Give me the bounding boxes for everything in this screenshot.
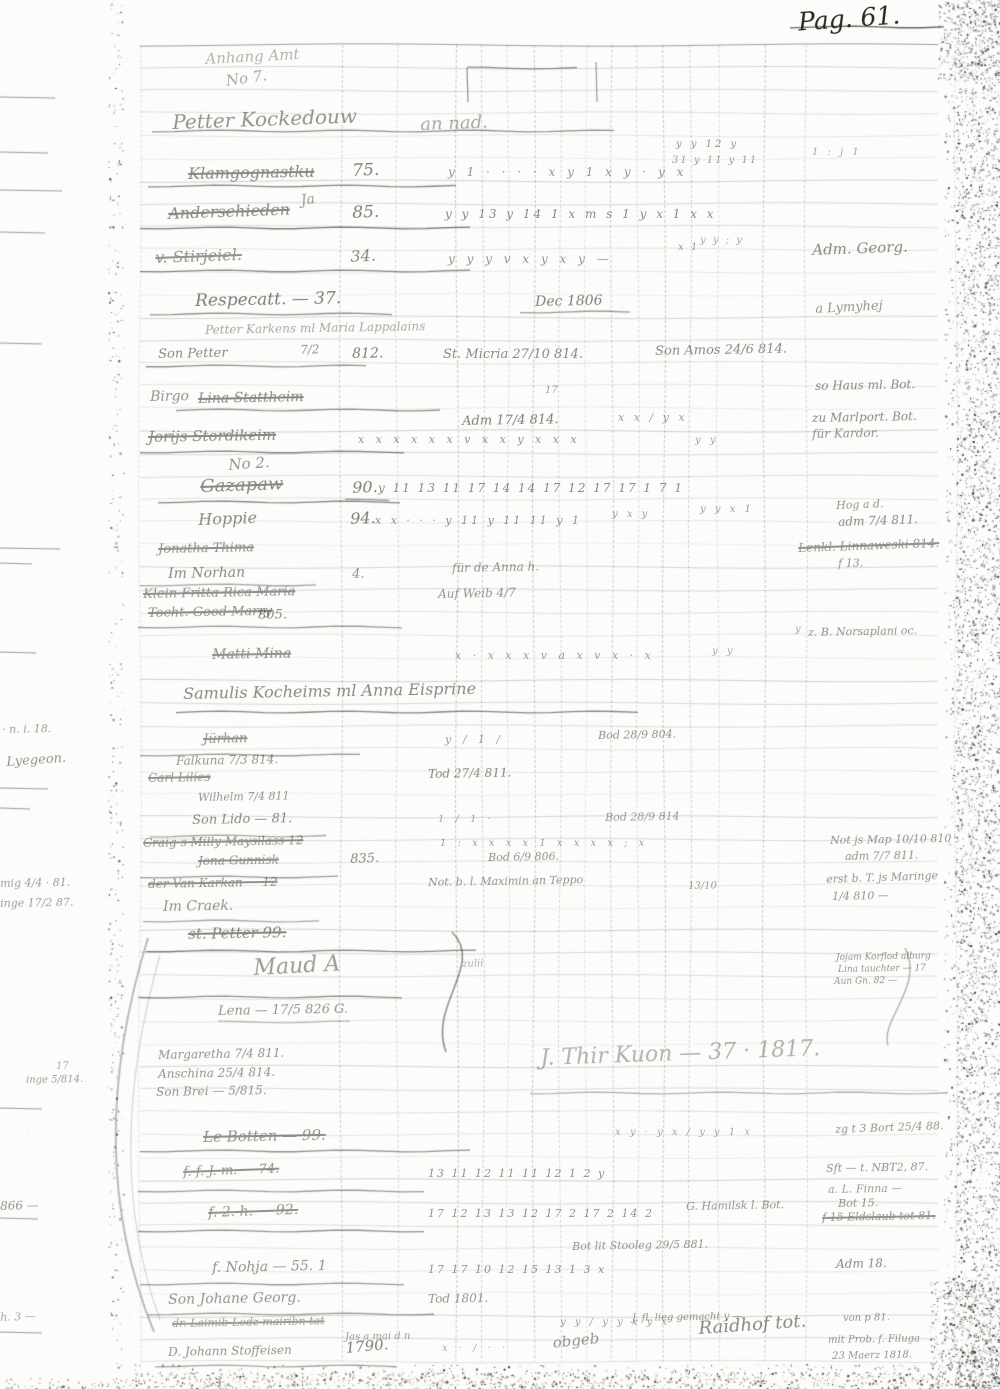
handwritten-line: Not js Map 10/10 810 [830,833,951,846]
handwritten-line: 17 [56,1062,69,1072]
handwritten-line: D. Johann Stoffeisen [168,1344,292,1358]
handwritten-line: 90. [352,479,378,496]
handwritten-line: Klein Fritta Rica Maria [143,585,295,601]
handwritten-line: mig 4/4 · 81. [0,877,70,889]
handwritten-line: 75. [352,162,380,180]
handwritten-line: Son Lido — 81. [192,812,292,827]
tick-marks: y y [695,436,718,446]
handwritten-line: Bot 15. [838,1197,878,1209]
handwritten-line: Lyegeon. [6,752,67,769]
handwritten-line: No 2. [228,455,270,473]
tick-marks: 1 : j 1 [812,148,862,158]
handwritten-line: Bod 28/9 814 [605,811,680,823]
tick-marks: y y x 1 [700,505,754,515]
scanned-ledger-page: Pag. 61. Anhang AmtNo 7.Petter Kockedouw… [0,0,1000,1389]
handwritten-line: f 13. [838,558,863,569]
tick-marks: y y 12 y [676,140,739,150]
handwritten-line: y [795,625,801,635]
handwritten-line: St. Micria 27/10 814. [443,348,583,361]
handwritten-line: Petter Kockedouw [172,106,357,132]
handwritten-line: Sft — t. NBT2, 87. [826,1161,928,1174]
handwritten-line: Auf Weib 4/7 [438,587,516,600]
handwritten-line: Petter Karkens ml Maria Lappalains [205,320,425,336]
tick-marks: x 1 [678,243,699,253]
handwritten-line: Margaretha 7/4 811. [158,1047,284,1061]
handwritten-line: Klamgognastku [188,164,315,182]
handwritten-line: Im Norhan [168,566,245,581]
handwritten-line: Ja [300,192,316,208]
tick-marks: y y ; y [700,236,744,246]
handwritten-line: Bot lit Stooleg 29/5 881. [572,1239,708,1252]
tick-marks: 17 17 10 12 15 13 1 3 x [428,1264,606,1275]
handwritten-line: für de Anna h. [452,560,539,574]
handwritten-line: der Van Karkan — 12 [148,876,278,890]
handwritten-line: Anschina 25/4 814. [158,1066,275,1080]
handwritten-line: Bod 28/9 804. [598,729,676,741]
tick-marks: 13 11 12 11 11 12 1 2 y [428,1168,606,1179]
tick-marks: y x y [612,510,650,520]
handwritten-line: Matti Mina [212,647,291,662]
handwritten-line: mit Prob. f. Filuga [828,1334,920,1346]
handwritten-line: dr. Laimib Lodz mairibn tat [172,1315,325,1329]
handwritten-line: Jürhan [203,732,248,746]
handwritten-line: Lina Stattheim [198,390,304,406]
handwritten-line: f 15 Eldslaub tot 81. [822,1210,936,1223]
tick-marks: y / 1 / [445,734,504,745]
handwritten-line: Son Amos 24/6 814. [655,343,787,358]
handwritten-line: 94. [350,510,376,527]
handwritten-line: zu Marlport. Bot. [812,410,917,424]
tick-marks: x x / y x [618,412,688,423]
tick-marks: 1 : x x x x 1 x x x x ; x [440,839,648,849]
handwritten-line: 85. [352,204,380,222]
handwritten-line: Respecatt. — 37. [195,290,341,310]
handwritten-line: 17 [545,386,558,396]
handwritten-line: Tod 1801. [428,1292,488,1305]
handwritten-line: Dec 1806 [535,294,603,309]
handwritten-line: adm 7/7 811. [845,850,918,862]
tick-marks: y 11 13 11 17 14 14 17 12 17 17 1 7 1 [378,482,684,494]
tick-marks: x x · · · y 11 y 11 11 y 1 [375,515,582,526]
handwritten-line: · n. i. 18. [2,723,51,735]
handwritten-line: Jona Gunnisk [198,854,279,867]
handwritten-line: adm 7/4 811. [838,513,918,528]
tick-marks: y y y v x y x y — [448,253,613,265]
handwritten-line: a. L. Finna — [828,1183,902,1195]
tick-marks: y 1 · · · · x y 1 x y · y x [448,166,687,178]
handwritten-line: h. 3 — [0,1311,36,1323]
handwritten-line: Not. b. l. Maximin an Teppo [428,874,583,888]
handwritten-line: 7/2 [300,343,320,356]
tick-marks: x · x x x v a x v x · x [455,650,655,661]
handwritten-line: Lena — 17/5 826 G. [218,1003,348,1018]
handwritten-line: z. B. Norsaplani oc. [808,625,917,638]
tick-marks: 17 12 13 13 12 17 2 17 2 14 2 [428,1208,654,1219]
handwritten-line: Im Craek. [163,899,233,914]
handwritten-line: Tod 27/4 811. [428,767,511,780]
handwritten-line: Lina tauchter — 17 [838,964,926,975]
handwritten-line: Son Brei — 5/815. [156,1084,267,1098]
handwritten-line: Hog a d. [836,498,884,511]
handwritten-line: Craig s Milly Maysilass 12 [143,834,304,849]
handwritten-line: 4. [352,568,365,581]
handwritten-line: Adm 18. [836,1257,887,1270]
handwritten-line: 812. [352,346,383,361]
handwritten-line: 866 — [0,1199,39,1212]
handwritten-line: Adm. Georg. [812,240,908,258]
handwritten-line: Bod 6/9 806. [488,851,559,863]
handwritten-line: Son Petter [158,347,228,361]
handwritten-line: Adm 17/4 814. [462,413,559,428]
handwritten-line: v. Stirjeiel. [155,247,242,266]
handwritten-line: Maud A [253,953,341,980]
handwritten-line: Hoppie [198,510,257,528]
tick-marks: y y [712,647,735,657]
tick-marks: x x x x x x v x x y x x x [358,434,581,445]
handwritten-line: f. f. J. m. — 74. [183,1163,279,1179]
handwritten-line: Gazapaw [200,475,284,496]
handwritten-line: Wilhelm 7/4 811 [198,790,290,803]
tick-marks: x y · y x / y y 1 x [615,1128,753,1138]
handwritten-line: 1790. [345,1337,389,1356]
handwritten-line: st. Petter 99. [188,925,287,942]
handwritten-line: Birgo [150,389,189,404]
handwritten-line: Andersehieden [168,202,290,222]
handwritten-line: G. Hamilsk l. Bot. [686,1199,784,1212]
handwritten-line: an nad. [420,114,488,134]
handwritten-line: Carl Lilies [148,771,211,784]
handwritten-line: Son Johane Georg. [168,1291,301,1307]
handwritten-line: f. Nohja — 55. 1 [212,1259,327,1275]
handwritten-line: Aun Gn. 82 — [834,977,897,987]
handwritten-line: Tocht. Good Marry [148,605,272,620]
handwritten-line: 34. [350,248,376,265]
handwritten-line: Falkuna 7/3 814. [176,753,278,767]
tick-marks: y y 13 y 14 1 x m s 1 y x 1 x x [445,208,717,220]
handwritten-line: Jojam Korflod alburg [836,952,931,963]
handwritten-line: Jorijs Stordikeim [148,428,276,445]
handwritten-line: 23 Maerz 1818. [832,1351,912,1362]
tick-marks: 1 / 1 · [438,815,495,825]
handwritten-line: Le Botten — 99. [203,1128,326,1145]
handwritten-line: 835. [350,852,379,866]
handwritten-line: für Kardor. [812,427,879,440]
tick-marks: x · / · · [442,1344,509,1354]
handwritten-line: zg t 3 Bort 25/4 88. [835,1120,944,1135]
handwritten-line: 13/10 [688,881,717,892]
handwritten-line: inge 5/814. [26,1075,83,1086]
handwritten-line: von p 81. [843,1313,890,1324]
handwritten-line: 805. [258,608,287,622]
handwritten-line: f. 2. h. — 92. [208,1203,298,1220]
handwritten-line: a Lymyhej [815,299,883,316]
handwritten-line: 1/4 810 — [832,890,889,902]
handwritten-line: inge 17/2 87. [0,897,74,909]
handwritten-line: zulii [462,959,484,970]
handwritten-line: so Haus ml. Bot. [815,378,915,392]
handwritten-line: Jonatha Thima [158,541,254,556]
